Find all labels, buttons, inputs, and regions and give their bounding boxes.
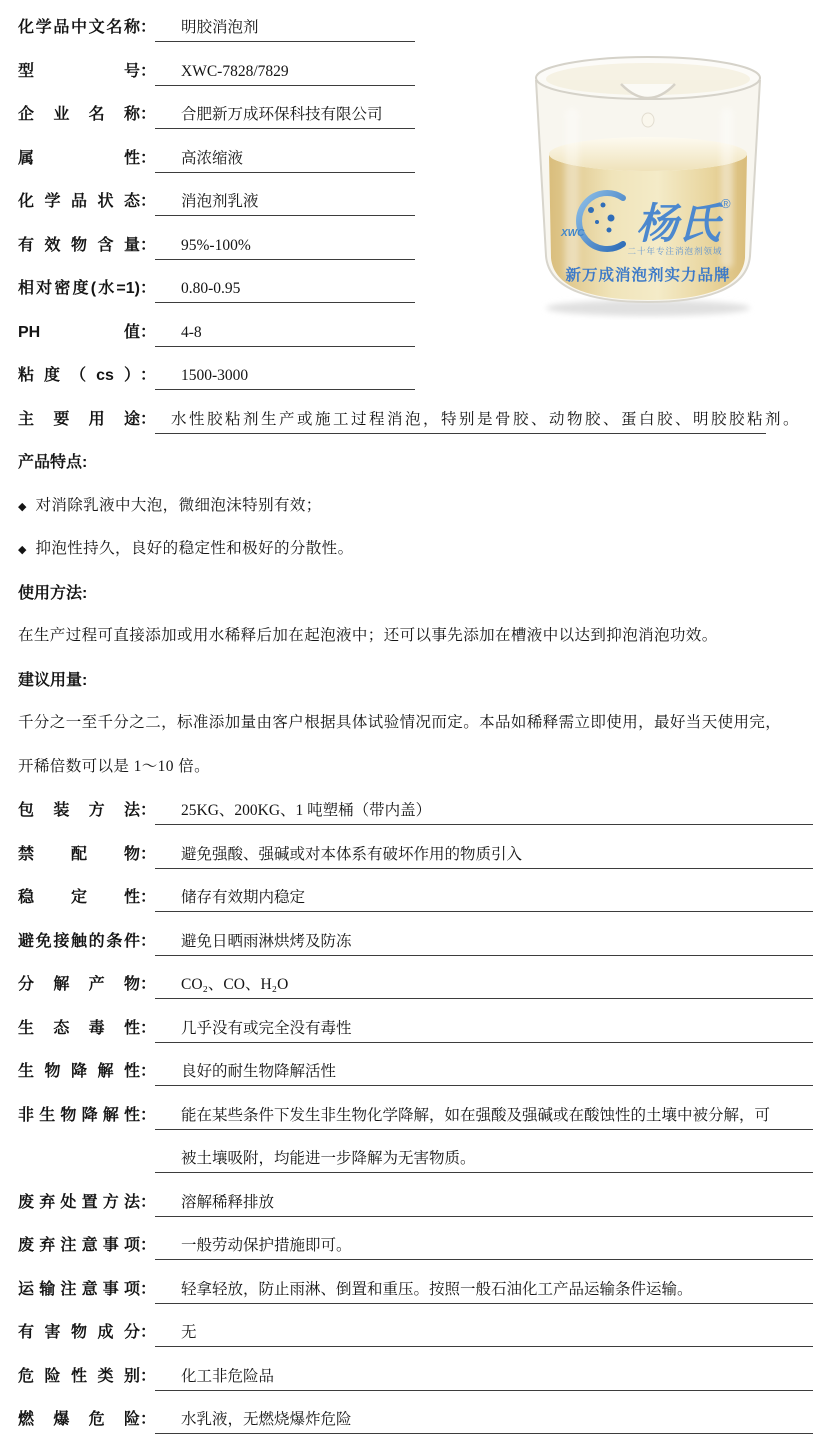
field-value: 良好的耐生物降解活性 [155, 1063, 813, 1086]
paragraph: 千分之一至千分之二，标准添加量由客户根据具体试验情况而定。本品如稀释需立即使用，… [18, 714, 781, 733]
field-label: 危险性类别 [18, 1369, 140, 1386]
field-label: 企业名称 [18, 107, 140, 124]
field-row: 稳定性：储存有效期内稳定 [0, 869, 830, 913]
field-colon: ： [140, 847, 155, 864]
field-row: 生物降解性：良好的耐生物降解活性 [0, 1043, 830, 1087]
field-colon: ： [140, 1195, 155, 1212]
field-row: 避免接触的条件：避免日晒雨淋烘烤及防冻 [0, 912, 830, 956]
logo-abbr-text: XWC [560, 228, 585, 239]
field-value: 溶解稀释排放 [155, 1194, 813, 1217]
field-colon: ： [140, 1282, 155, 1299]
field-colon: ： [140, 194, 155, 211]
field-label: 非生物降解性 [18, 1108, 140, 1125]
dosage-heading-row: 建议用量: [0, 651, 830, 695]
field-value: 合肥新万成环保科技有限公司 [155, 106, 415, 129]
field-row-main-use: 主要用途 ： 水性胶粘剂生产或施工过程消泡，特别是骨胶、动物胶、蛋白胶、明胶胶粘… [0, 390, 830, 434]
field-colon: ： [140, 977, 155, 994]
field-value: 0.80-0.95 [155, 280, 415, 303]
field-value: 明胶消泡剂 [155, 19, 415, 42]
field-row: 生态毒性：几乎没有或完全没有毒性 [0, 999, 830, 1043]
field-colon: ： [140, 64, 155, 81]
registered-mark-icon: ® [721, 196, 731, 211]
field-value: 4-8 [155, 324, 415, 347]
field-colon: ： [140, 151, 155, 168]
field-colon: ： [140, 368, 155, 385]
field-value: 1500-3000 [155, 367, 415, 390]
field-value: 水性胶粘剂生产或施工过程消泡，特别是骨胶、动物胶、蛋白胶、明胶胶粘剂。 [155, 411, 766, 434]
feature-text: 对消除乳液中大泡，微细泡沫特别有效； [35, 497, 321, 516]
field-colon: ： [140, 1412, 155, 1429]
field-label: 相对密度(水=1) [18, 281, 140, 298]
field-value: 95%-100% [155, 237, 415, 260]
field-row: 废弃注意事项：一般劳动保护措施即可。 [0, 1217, 830, 1261]
product-photo-beaker: XWC 杨氏 ® 二十年专注消泡剂领域 新万成消泡剂实力品牌 [523, 48, 775, 320]
field-value: 高浓缩液 [155, 150, 415, 173]
diamond-bullet-icon: ◆ [18, 502, 26, 513]
field-colon: ： [140, 107, 155, 124]
field-colon: ： [140, 20, 155, 37]
field-label: 生态毒性 [18, 1021, 140, 1038]
field-label: 化学品中文名称 [18, 20, 140, 37]
field-value: CO₂、CO、H₂O [155, 976, 813, 999]
diamond-bullet-icon: ◆ [18, 545, 26, 556]
field-label: 化学品状态 [18, 194, 140, 211]
field-label: 稳定性 [18, 890, 140, 907]
field-row: 废弃处置方法：溶解稀释排放 [0, 1173, 830, 1217]
field-value: 25KG、200KG、1 吨塑桶（带内盖） [155, 802, 813, 825]
field-colon: ： [140, 1108, 155, 1125]
field-row: 非生物降解性：能在某些条件下发生非生物化学降解，如在强酸及强碱或在酸蚀性的土壤中… [0, 1086, 830, 1130]
field-label: 运输注意事项 [18, 1282, 140, 1299]
field-label: 分解产物 [18, 977, 140, 994]
field-label: 有害物成分 [18, 1325, 140, 1342]
field-row: 运输注意事项：轻拿轻放，防止雨淋、倒置和重压。按照一般石油化工产品运输条件运输。 [0, 1260, 830, 1304]
field-label: 避免接触的条件 [18, 934, 140, 951]
field-value: XWC-7828/7829 [155, 63, 415, 86]
usage-body-row: 在生产过程可直接添加或用水稀释后加在起泡液中；还可以事先添加在槽液中以达到抑泡消… [0, 608, 830, 652]
field-label: 燃爆危险 [18, 1412, 140, 1429]
paragraph: 在生产过程可直接添加或用水稀释后加在起泡液中；还可以事先添加在槽液中以达到抑泡消… [18, 627, 718, 646]
field-value: 水乳液，无燃烧爆炸危险 [155, 1411, 813, 1434]
field-colon: ： [140, 803, 155, 820]
field-colon: ： [140, 281, 155, 298]
field-value: 无 [155, 1324, 813, 1347]
field-row: 粘度（cs）：1500-3000 [0, 347, 830, 391]
field-label: 包装方法 [18, 803, 140, 820]
field-row: 分解产物：CO₂、CO、H₂O [0, 956, 830, 1000]
field-row: 燃爆危险：水乳液，无燃烧爆炸危险 [0, 1391, 830, 1435]
field-label: 粘度（cs） [18, 368, 140, 385]
field-colon: ： [140, 934, 155, 951]
field-row: 禁配物：避免强酸、强碱或对本体系有破坏作用的物质引入 [0, 825, 830, 869]
field-label: 有效物含量 [18, 238, 140, 255]
section-heading: 产品特点: [18, 455, 87, 472]
field-value: 能在某些条件下发生非生物化学降解，如在强酸及强碱或在酸蚀性的土壤中被分解，可 [155, 1107, 813, 1130]
field-label: 生物降解性 [18, 1064, 140, 1081]
field-value: 化工非危险品 [155, 1368, 813, 1391]
field-row: 包装方法：25KG、200KG、1 吨塑桶（带内盖） [0, 782, 830, 826]
field-value: 储存有效期内稳定 [155, 889, 813, 912]
field-colon: ： [140, 890, 155, 907]
field-label: 禁配物 [18, 847, 140, 864]
paragraph: 开稀倍数可以是 1～10 倍。 [18, 758, 210, 777]
field-value: 轻拿轻放，防止雨淋、倒置和重压。按照一般石油化工产品运输条件运输。 [155, 1281, 813, 1304]
usage-heading-row: 使用方法: [0, 564, 830, 608]
brand-tagline-text: 二十年专注消泡剂领域 [627, 246, 722, 256]
field-label: 属性 [18, 151, 140, 168]
field-colon: ： [140, 1021, 155, 1038]
field-row: 有害物成分：无 [0, 1304, 830, 1348]
field-label: 型号 [18, 64, 140, 81]
bottom-fields-section: 包装方法：25KG、200KG、1 吨塑桶（带内盖）禁配物：避免强酸、强碱或对本… [0, 782, 830, 1435]
field-row: 危险性类别：化工非危险品 [0, 1347, 830, 1391]
field-colon: ： [140, 1325, 155, 1342]
field-colon: ： [140, 238, 155, 255]
field-value: 消泡剂乳液 [155, 193, 415, 216]
field-value: 避免日晒雨淋烘烤及防冻 [155, 933, 813, 956]
feature-bullet-row: ◆ 抑泡性持久，良好的稳定性和极好的分散性。 [0, 521, 830, 565]
field-label: 废弃注意事项 [18, 1238, 140, 1255]
feature-bullet-row: ◆ 对消除乳液中大泡，微细泡沫特别有效； [0, 477, 830, 521]
section-heading: 建议用量: [18, 673, 87, 690]
section-heading: 使用方法: [18, 586, 87, 603]
brand-slogan-text: 新万成消泡剂实力品牌 [565, 265, 730, 284]
field-colon: ： [140, 1369, 155, 1386]
feature-text: 抑泡性持久，良好的稳定性和极好的分散性。 [35, 540, 353, 559]
field-label: 主要用途 [18, 412, 140, 429]
dosage-body-row: 开稀倍数可以是 1～10 倍。 [0, 738, 830, 782]
dosage-body-row: 千分之一至千分之二，标准添加量由客户根据具体试验情况而定。本品如稀释需立即使用，… [0, 695, 830, 739]
spout-drip [642, 113, 654, 127]
field-value: 几乎没有或完全没有毒性 [155, 1020, 813, 1043]
field-colon: ： [140, 412, 155, 429]
field-value: 避免强酸、强碱或对本体系有破坏作用的物质引入 [155, 846, 813, 869]
field-label: 废弃处置方法 [18, 1195, 140, 1212]
brand-name-text: 杨氏 [636, 201, 724, 248]
field-value: 一般劳动保护措施即可。 [155, 1237, 813, 1260]
field-row: 化学品中文名称：明胶消泡剂 [0, 0, 830, 42]
field-colon: ： [140, 1238, 155, 1255]
field-label: PH 值 [18, 325, 140, 342]
features-heading-row: 产品特点: [0, 434, 830, 478]
field-value-continuation: 被土壤吸附，均能进一步降解为无害物质。 [155, 1150, 813, 1173]
field-colon: ： [140, 325, 155, 342]
field-colon: ： [140, 1064, 155, 1081]
field-row-continuation: 被土壤吸附，均能进一步降解为无害物质。 [0, 1130, 830, 1174]
